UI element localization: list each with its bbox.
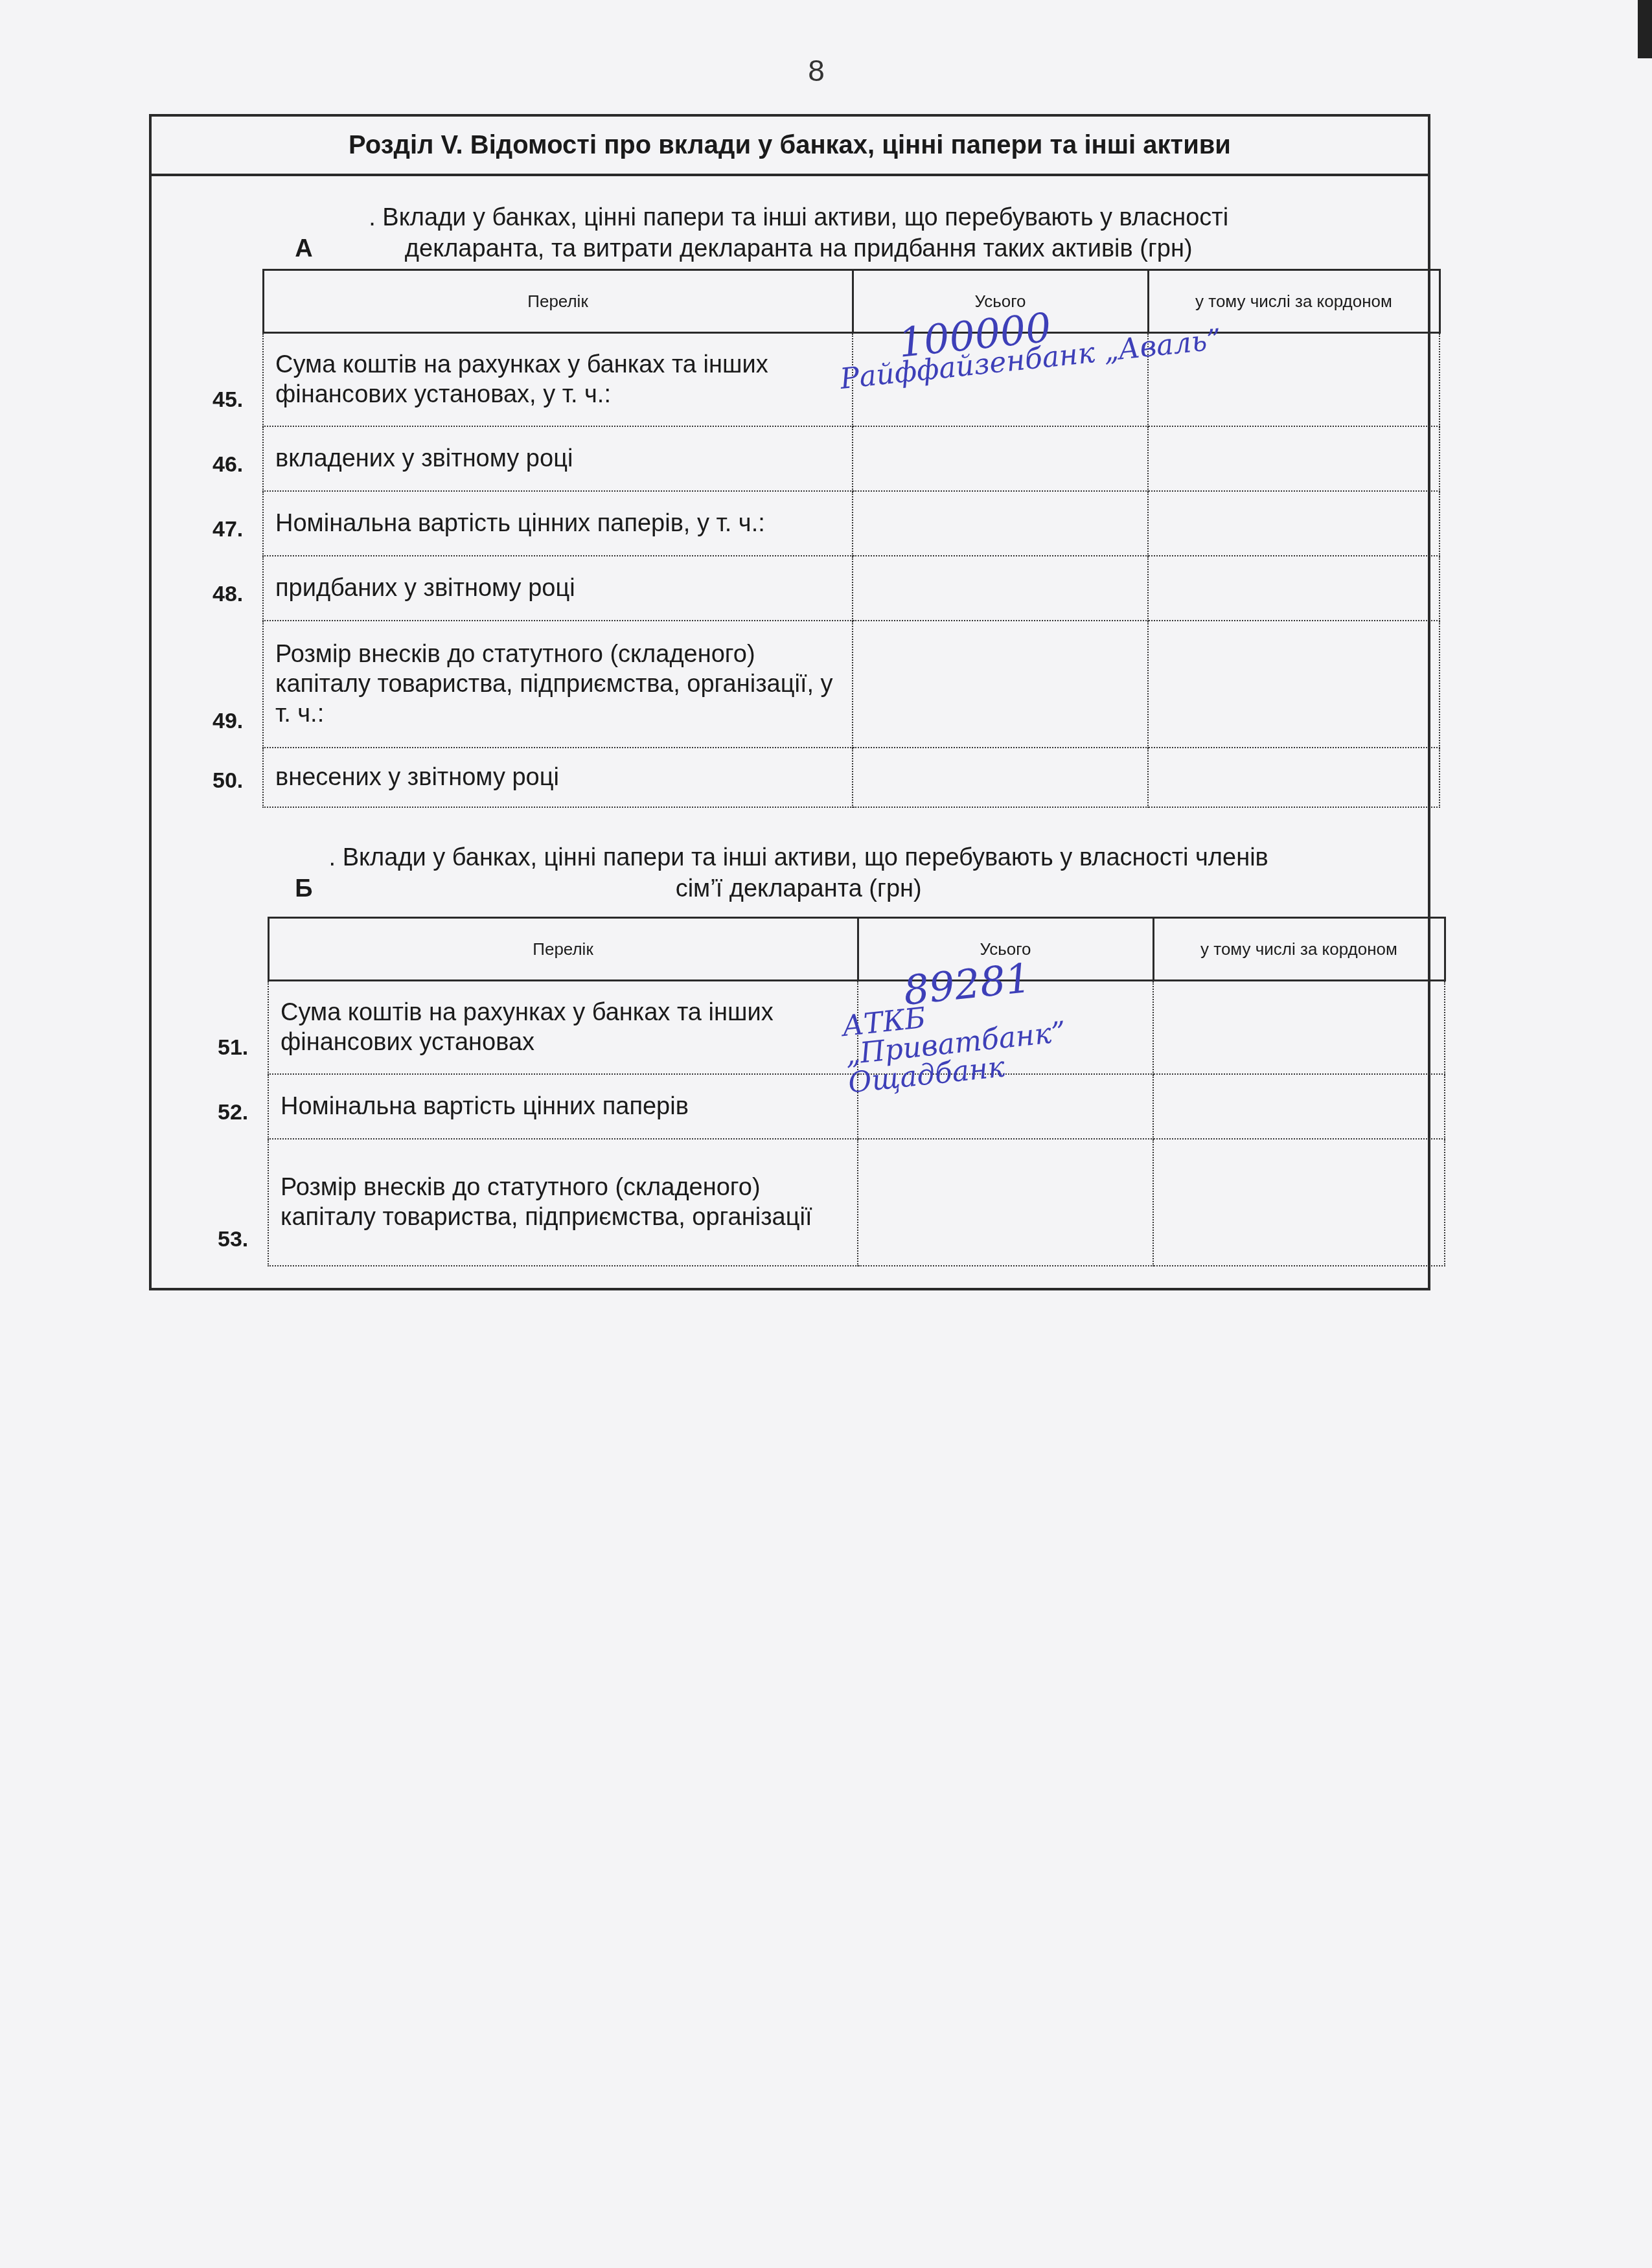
total-field[interactable] xyxy=(858,1074,1153,1139)
abroad-field[interactable] xyxy=(1153,981,1445,1074)
table-row: 45. Сума коштів на рахунках у банках та … xyxy=(212,333,1440,426)
part-a-table: Перелік Усього у тому числі за кордоном … xyxy=(212,269,1441,808)
row-label: придбаних у звітному році xyxy=(263,556,853,621)
abroad-field[interactable] xyxy=(1148,748,1440,807)
part-a-letter: А xyxy=(295,235,312,262)
col-header-list: Перелік xyxy=(268,918,858,981)
table-row: 53. Розмір внесків до статутного (складе… xyxy=(218,1139,1445,1266)
abroad-field[interactable] xyxy=(1153,1074,1445,1139)
row-number: 51. xyxy=(218,981,268,1074)
part-b-title-text: . Вклади у банках, цінні папери та інші … xyxy=(313,842,1285,904)
total-field[interactable]: 100000 Райффайзенбанк „Аваль” xyxy=(853,333,1148,426)
table-row: 46. вкладених у звітному році xyxy=(212,426,1440,491)
row-number: 45. xyxy=(212,333,263,426)
total-field[interactable]: 89281 АТКБ „Приватбанк” Ощадбанк xyxy=(858,981,1153,1074)
table-row: 49. Розмір внесків до статутного (складе… xyxy=(212,621,1440,748)
col-header-list: Перелік xyxy=(263,270,853,333)
row-number: 53. xyxy=(218,1139,268,1266)
col-header-abroad: у тому числі за кордоном xyxy=(1153,918,1445,981)
table-row: 48. придбаних у звітному році xyxy=(212,556,1440,621)
total-field[interactable] xyxy=(858,1139,1153,1266)
table-row: 47. Номінальна вартість цінних паперів, … xyxy=(212,491,1440,556)
section-title: Розділ V. Відомості про вклади у банках,… xyxy=(152,117,1428,176)
row-number: 50. xyxy=(212,748,263,807)
row-number: 46. xyxy=(212,426,263,491)
row-label: вкладених у звітному році xyxy=(263,426,853,491)
row-label: Номінальна вартість цінних паперів xyxy=(268,1074,858,1139)
part-b-letter: Б xyxy=(295,875,312,902)
table-row: 52. Номінальна вартість цінних паперів xyxy=(218,1074,1445,1139)
row-number: 52. xyxy=(218,1074,268,1139)
abroad-field[interactable] xyxy=(1148,621,1440,748)
part-b-title: Б. Вклади у банках, цінні папери та інші… xyxy=(152,842,1428,904)
total-field[interactable] xyxy=(853,621,1148,748)
row-number: 47. xyxy=(212,491,263,556)
total-field[interactable] xyxy=(853,748,1148,807)
row-label: Розмір внесків до статутного (складеного… xyxy=(263,621,853,748)
page-number: 8 xyxy=(0,53,1633,88)
abroad-field[interactable] xyxy=(1148,556,1440,621)
row-label: Розмір внесків до статутного (складеного… xyxy=(268,1139,858,1266)
total-field[interactable] xyxy=(853,426,1148,491)
abroad-field[interactable] xyxy=(1153,1139,1445,1266)
table-row: 50. внесених у звітному році xyxy=(212,748,1440,807)
table-row: 51. Сума коштів на рахунках у банках та … xyxy=(218,981,1445,1074)
row-label: внесених у звітному році xyxy=(263,748,853,807)
row-number: 48. xyxy=(212,556,263,621)
total-field[interactable] xyxy=(853,556,1148,621)
row-label: Сума коштів на рахунках у банках та інши… xyxy=(263,333,853,426)
row-label: Номінальна вартість цінних паперів, у т.… xyxy=(263,491,853,556)
col-header-abroad: у тому числі за кордоном xyxy=(1148,270,1440,333)
part-b-table: Перелік Усього у тому числі за кордоном … xyxy=(218,917,1446,1266)
row-number: 49. xyxy=(212,621,263,748)
row-label: Сума коштів на рахунках у банках та інши… xyxy=(268,981,858,1074)
abroad-field[interactable] xyxy=(1148,491,1440,556)
abroad-field[interactable] xyxy=(1148,426,1440,491)
section-v: Розділ V. Відомості про вклади у банках,… xyxy=(149,114,1430,1290)
scan-edge xyxy=(1638,0,1652,58)
part-a-title-text: . Вклади у банках, цінні папери та інші … xyxy=(313,202,1285,264)
part-a-title: А. Вклади у банках, цінні папери та інші… xyxy=(152,202,1428,264)
total-field[interactable] xyxy=(853,491,1148,556)
